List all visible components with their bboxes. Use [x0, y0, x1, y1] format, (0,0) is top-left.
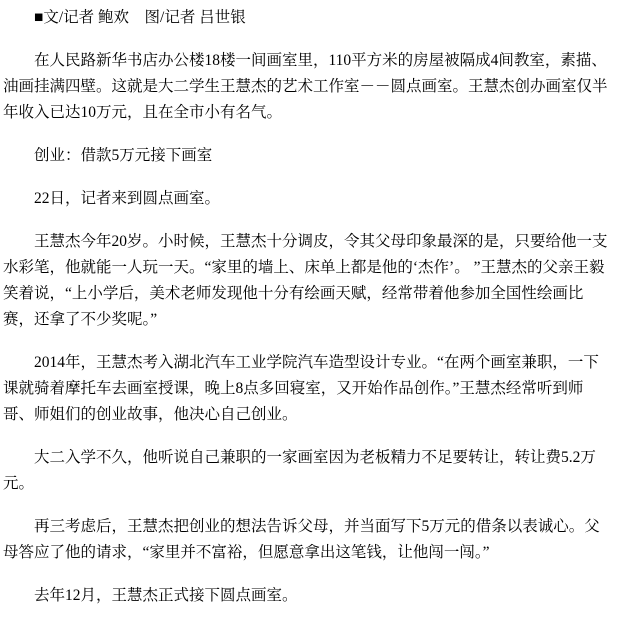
article-paragraph: 去年12月，王慧杰正式接下圆点画室。 [3, 583, 613, 609]
article-document: ■文/记者 鲍欢 图/记者 吕世银 在人民路新华书店办公楼18楼一间画室里，11… [0, 0, 619, 628]
article-paragraph: 大二入学不久，他听说自己兼职的一家画室因为老板精力不足要转让，转让费5.2万元。 [3, 445, 613, 497]
article-paragraph: 王慧杰今年20岁。小时候，王慧杰十分调皮，令其父母印象最深的是，只要给他一支水彩… [3, 229, 613, 333]
article-paragraph-lead: 在人民路新华书店办公楼18楼一间画室里，110平方米的房屋被隔成4间教室，素描、… [3, 48, 613, 126]
article-paragraph: 22日，记者来到圆点画室。 [3, 186, 613, 212]
article-byline: ■文/记者 鲍欢 图/记者 吕世银 [3, 5, 613, 31]
article-paragraph: 2014年，王慧杰考入湖北汽车工业学院汽车造型设计专业。“在两个画室兼职，一下课… [3, 350, 613, 428]
section-heading: 创业：借款5万元接下画室 [3, 143, 613, 169]
article-paragraph: 再三考虑后，王慧杰把创业的想法告诉父母，并当面写下5万元的借条以表诚心。父母答应… [3, 514, 613, 566]
